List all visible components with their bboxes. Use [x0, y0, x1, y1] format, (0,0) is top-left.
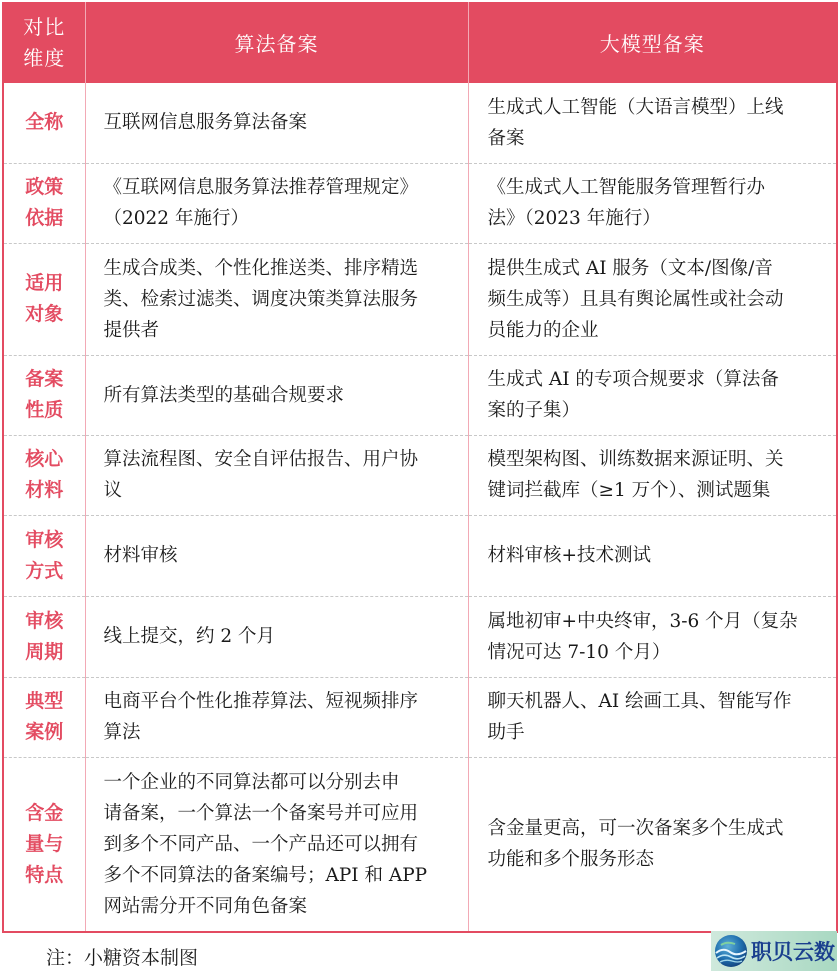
cell-large-model-filing: 《生成式人工智能服务管理暂行办法》（2023 年施行）: [468, 163, 836, 243]
cell-algorithm-filing-line: 算法: [104, 717, 458, 748]
row-dimension-label-line: 特点: [4, 860, 85, 891]
cell-algorithm-filing-line: 提供者: [104, 315, 458, 346]
comparison-table-container: 对比 维度 算法备案 大模型备案 全称互联网信息服务算法备案生成式人工智能（大语…: [2, 2, 838, 933]
cell-algorithm-filing-line: 一个企业的不同算法都可以分别去申: [104, 767, 458, 798]
table-row: 典型案例电商平台个性化推荐算法、短视频排序算法聊天机器人、AI 绘画工具、智能写…: [4, 677, 836, 757]
header-large-model-filing: 大模型备案: [468, 2, 836, 83]
row-dimension-label-line: 全称: [4, 107, 85, 138]
row-dimension-label-line: 核心: [4, 444, 85, 475]
cell-large-model-filing-line: 案的子集）: [488, 395, 827, 426]
row-dimension-label-line: 性质: [4, 395, 85, 426]
row-dimension-label-line: 典型: [4, 686, 85, 717]
cell-algorithm-filing-line: 到多个不同产品、一个产品还可以拥有: [104, 829, 458, 860]
cell-algorithm-filing: 互联网信息服务算法备案: [85, 83, 468, 163]
cell-algorithm-filing: 所有算法类型的基础合规要求: [85, 355, 468, 435]
cell-algorithm-filing-line: 算法流程图、安全自评估报告、用户协: [104, 444, 458, 475]
row-dimension-label-line: 适用: [4, 268, 85, 299]
row-dimension-label: 全称: [4, 83, 85, 163]
globe-wave-icon: [713, 933, 749, 969]
row-dimension-label: 政策依据: [4, 163, 85, 243]
comparison-table: 对比 维度 算法备案 大模型备案 全称互联网信息服务算法备案生成式人工智能（大语…: [4, 2, 836, 931]
cell-large-model-filing-line: 备案: [488, 123, 827, 154]
footnote: 注：小糖资本制图: [46, 943, 198, 970]
cell-algorithm-filing-line: 类、检索过滤类、调度决策类算法服务: [104, 284, 458, 315]
header-dimension-line: 对比: [4, 12, 85, 43]
cell-large-model-filing-line: 《生成式人工智能服务管理暂行办: [488, 172, 827, 203]
cell-large-model-filing-line: 聊天机器人、AI 绘画工具、智能写作: [488, 686, 827, 717]
row-dimension-label-line: 备案: [4, 364, 85, 395]
cell-large-model-filing: 含金量更高，可一次备案多个生成式功能和多个服务形态: [468, 757, 836, 931]
cell-algorithm-filing-line: 互联网信息服务算法备案: [104, 107, 458, 138]
cell-algorithm-filing-line: 《互联网信息服务算法推荐管理规定》: [104, 172, 458, 203]
table-row: 全称互联网信息服务算法备案生成式人工智能（大语言模型）上线备案: [4, 83, 836, 163]
row-dimension-label: 含金量与特点: [4, 757, 85, 931]
header-dimension-line: 维度: [4, 43, 85, 74]
row-dimension-label-line: 含金: [4, 798, 85, 829]
cell-algorithm-filing: 材料审核: [85, 515, 468, 596]
cell-large-model-filing: 提供生成式 AI 服务（文本/图像/音频生成等）且具有舆论属性或社会动员能力的企…: [468, 243, 836, 355]
row-dimension-label-line: 周期: [4, 637, 85, 668]
cell-large-model-filing-line: 生成式 AI 的专项合规要求（算法备: [488, 364, 827, 395]
header-algorithm-filing: 算法备案: [85, 2, 468, 83]
row-dimension-label-line: 政策: [4, 172, 85, 203]
cell-algorithm-filing: 线上提交，约 2 个月: [85, 596, 468, 677]
cell-large-model-filing-line: 法》（2023 年施行）: [488, 203, 827, 234]
cell-algorithm-filing-line: 生成合成类、个性化推送类、排序精选: [104, 253, 458, 284]
cell-algorithm-filing-line: 线上提交，约 2 个月: [104, 621, 458, 652]
table-row: 核心材料算法流程图、安全自评估报告、用户协议模型架构图、训练数据来源证明、关键词…: [4, 435, 836, 515]
cell-algorithm-filing-line: 材料审核: [104, 540, 458, 571]
row-dimension-label: 适用对象: [4, 243, 85, 355]
cell-algorithm-filing-line: 网站需分开不同角色备案: [104, 891, 458, 922]
cell-large-model-filing-line: 功能和多个服务形态: [488, 844, 827, 875]
cell-algorithm-filing-line: 电商平台个性化推荐算法、短视频排序: [104, 686, 458, 717]
cell-algorithm-filing-line: 议: [104, 475, 458, 506]
cell-large-model-filing-line: 员能力的企业: [488, 315, 827, 346]
cell-large-model-filing: 材料审核+技术测试: [468, 515, 836, 596]
cell-large-model-filing-line: 模型架构图、训练数据来源证明、关: [488, 444, 827, 475]
cell-large-model-filing-line: 情况可达 7-10 个月）: [488, 637, 827, 668]
row-dimension-label-line: 方式: [4, 556, 85, 587]
cell-large-model-filing: 模型架构图、训练数据来源证明、关键词拦截库（≥1 万个）、测试题集: [468, 435, 836, 515]
table-row: 审核方式材料审核材料审核+技术测试: [4, 515, 836, 596]
cell-algorithm-filing-line: 多个不同算法的备案编号；API 和 APP: [104, 860, 458, 891]
cell-large-model-filing: 生成式 AI 的专项合规要求（算法备案的子集）: [468, 355, 836, 435]
cell-large-model-filing-line: 生成式人工智能（大语言模型）上线: [488, 92, 827, 123]
row-dimension-label: 备案性质: [4, 355, 85, 435]
cell-algorithm-filing: 算法流程图、安全自评估报告、用户协议: [85, 435, 468, 515]
row-dimension-label-line: 案例: [4, 717, 85, 748]
table-row: 适用对象生成合成类、个性化推送类、排序精选类、检索过滤类、调度决策类算法服务提供…: [4, 243, 836, 355]
cell-algorithm-filing-line: 请备案，一个算法一个备案号并可应用: [104, 798, 458, 829]
row-dimension-label-line: 依据: [4, 203, 85, 234]
row-dimension-label: 典型案例: [4, 677, 85, 757]
row-dimension-label: 审核方式: [4, 515, 85, 596]
cell-large-model-filing-line: 助手: [488, 717, 827, 748]
cell-algorithm-filing: 生成合成类、个性化推送类、排序精选类、检索过滤类、调度决策类算法服务提供者: [85, 243, 468, 355]
cell-algorithm-filing-line: （2022 年施行）: [104, 203, 458, 234]
table-row: 审核周期线上提交，约 2 个月属地初审+中央终审，3-6 个月（复杂情况可达 7…: [4, 596, 836, 677]
table-body: 全称互联网信息服务算法备案生成式人工智能（大语言模型）上线备案政策依据《互联网信…: [4, 83, 836, 931]
row-dimension-label-line: 材料: [4, 475, 85, 506]
cell-large-model-filing-line: 键词拦截库（≥1 万个）、测试题集: [488, 475, 827, 506]
header-dimension: 对比 维度: [4, 2, 85, 83]
cell-algorithm-filing: 《互联网信息服务算法推荐管理规定》（2022 年施行）: [85, 163, 468, 243]
cell-algorithm-filing: 一个企业的不同算法都可以分别去申请备案，一个算法一个备案号并可应用到多个不同产品…: [85, 757, 468, 931]
cell-large-model-filing-line: 属地初审+中央终审，3-6 个月（复杂: [488, 606, 827, 637]
watermark-text: 职贝云数: [751, 936, 835, 966]
row-dimension-label: 核心材料: [4, 435, 85, 515]
cell-large-model-filing-line: 含金量更高，可一次备案多个生成式: [488, 813, 827, 844]
cell-algorithm-filing: 电商平台个性化推荐算法、短视频排序算法: [85, 677, 468, 757]
row-dimension-label-line: 审核: [4, 525, 85, 556]
row-dimension-label-line: 对象: [4, 299, 85, 330]
cell-large-model-filing: 生成式人工智能（大语言模型）上线备案: [468, 83, 836, 163]
table-header-row: 对比 维度 算法备案 大模型备案: [4, 2, 836, 83]
cell-large-model-filing-line: 提供生成式 AI 服务（文本/图像/音: [488, 253, 827, 284]
cell-algorithm-filing-line: 所有算法类型的基础合规要求: [104, 380, 458, 411]
table-row: 备案性质所有算法类型的基础合规要求生成式 AI 的专项合规要求（算法备案的子集）: [4, 355, 836, 435]
table-row: 含金量与特点一个企业的不同算法都可以分别去申请备案，一个算法一个备案号并可应用到…: [4, 757, 836, 931]
cell-large-model-filing-line: 频生成等）且具有舆论属性或社会动: [488, 284, 827, 315]
table-row: 政策依据《互联网信息服务算法推荐管理规定》（2022 年施行）《生成式人工智能服…: [4, 163, 836, 243]
cell-large-model-filing-line: 材料审核+技术测试: [488, 540, 827, 571]
cell-large-model-filing: 属地初审+中央终审，3-6 个月（复杂情况可达 7-10 个月）: [468, 596, 836, 677]
row-dimension-label-line: 量与: [4, 829, 85, 860]
row-dimension-label-line: 审核: [4, 606, 85, 637]
row-dimension-label: 审核周期: [4, 596, 85, 677]
watermark-logo: 职贝云数: [711, 931, 837, 971]
cell-large-model-filing: 聊天机器人、AI 绘画工具、智能写作助手: [468, 677, 836, 757]
